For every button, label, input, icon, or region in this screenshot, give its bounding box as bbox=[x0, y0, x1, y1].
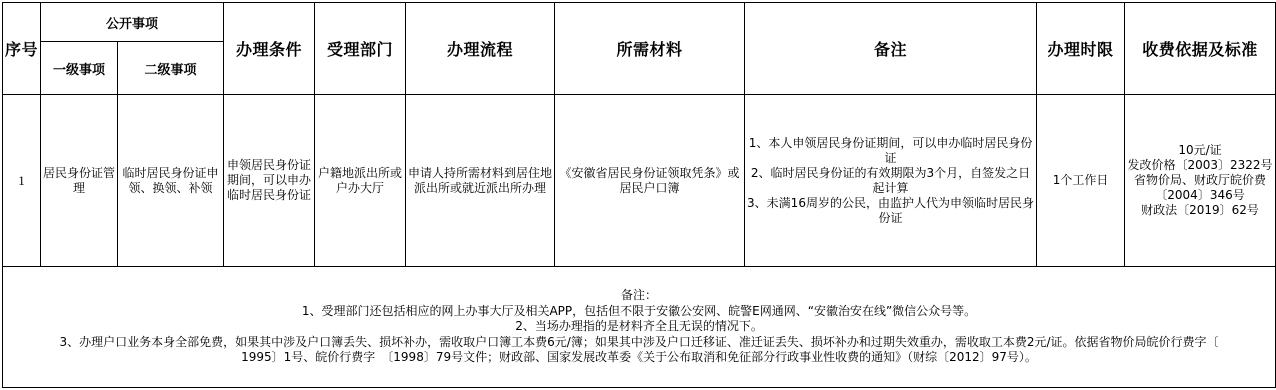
header-public-items: 公开事项 bbox=[41, 3, 224, 42]
remark-line: 3、未满16周岁的公民，由监护人代为申领临时居民身份证 bbox=[747, 196, 1034, 226]
cell-seq: 1 bbox=[3, 95, 41, 267]
cell-remarks: 1、本人申领居民身份证期间，可以申办临时居民身份证 2、临时居民身份证的有效期限… bbox=[745, 95, 1037, 267]
cell-conditions: 申领居民身份证期间，可以申办临时居民身份证 bbox=[224, 95, 315, 267]
header-seq: 序号 bbox=[3, 3, 41, 95]
fee-line: 省物价局、财政厅皖价费〔2004〕346号 bbox=[1127, 173, 1273, 203]
header-level1: 一级事项 bbox=[41, 42, 118, 95]
header-conditions: 办理条件 bbox=[224, 3, 315, 95]
header-fee: 收费依据及标准 bbox=[1125, 3, 1276, 95]
note-line: 3、办理户口业务本身全部免费，如果其中涉及户口簿丢失、损坏补办，需收取户口簿工本… bbox=[5, 335, 1273, 351]
remark-line: 2、临时居民身份证的有效期限为3个月，自签发之日起计算 bbox=[747, 166, 1034, 196]
note-line: 1、受理部门还包括相应的网上办事大厅及相关APP，包括但不限于安徽公安网、皖警E… bbox=[5, 304, 1273, 320]
header-materials: 所需材料 bbox=[555, 3, 745, 95]
note-line: 2、当场办理指的是材料齐全且无误的情况下。 bbox=[5, 319, 1273, 335]
cell-time-limit: 1个工作日 bbox=[1037, 95, 1125, 267]
cell-level1: 居民身份证管理 bbox=[41, 95, 118, 267]
header-remarks: 备注 bbox=[745, 3, 1037, 95]
header-level2: 二级事项 bbox=[118, 42, 224, 95]
cell-department: 户籍地派出所或户办大厅 bbox=[315, 95, 406, 267]
notes-title: 备注： bbox=[5, 288, 1273, 304]
header-time-limit: 办理时限 bbox=[1037, 3, 1125, 95]
fee-line: 财政法〔2019〕62号 bbox=[1127, 203, 1273, 218]
cell-level2: 临时居民身份证申领、换领、补领 bbox=[118, 95, 224, 267]
note-line: 1995〕1号、皖价行费字 〔1998〕79号文件；财政部、国家发展改革委《关于… bbox=[5, 350, 1273, 366]
table-row: 1 居民身份证管理 临时居民身份证申领、换领、补领 申领居民身份证期间，可以申办… bbox=[3, 95, 1276, 267]
cell-materials: 《安徽省居民身份证领取凭条》或居民户口簿 bbox=[555, 95, 745, 267]
remark-line: 1、本人申领居民身份证期间，可以申办临时居民身份证 bbox=[747, 136, 1034, 166]
header-process: 办理流程 bbox=[406, 3, 555, 95]
fee-line: 10元/证 bbox=[1127, 143, 1273, 158]
public-items-table: 序号 公开事项 办理条件 受理部门 办理流程 所需材料 备注 办理时限 收费依据… bbox=[2, 2, 1276, 388]
notes-section: 备注： 1、受理部门还包括相应的网上办事大厅及相关APP，包括但不限于安徽公安网… bbox=[3, 267, 1276, 388]
cell-process: 申请人持所需材料到居住地派出所或就近派出所办理 bbox=[406, 95, 555, 267]
header-department: 受理部门 bbox=[315, 3, 406, 95]
cell-fee: 10元/证 发改价格〔2003〕2322号 省物价局、财政厅皖价费〔2004〕3… bbox=[1125, 95, 1276, 267]
fee-line: 发改价格〔2003〕2322号 bbox=[1127, 158, 1273, 173]
